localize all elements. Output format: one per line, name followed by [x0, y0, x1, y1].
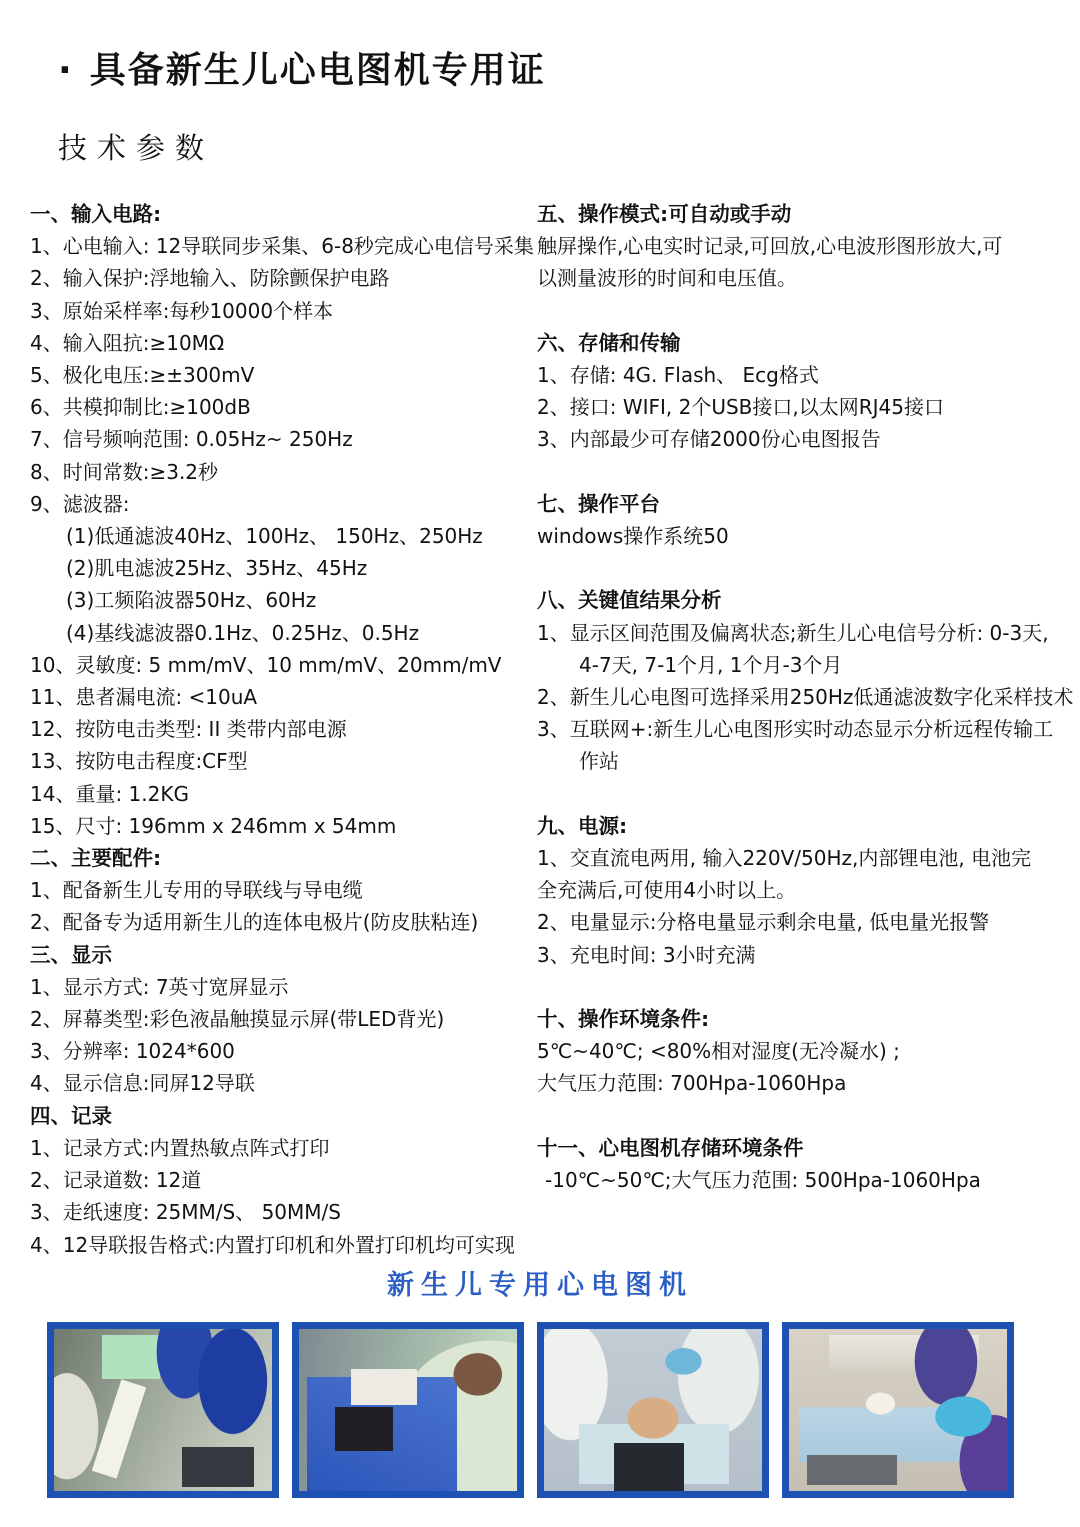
section-heading: 五、操作模式:可自动或手动: [537, 198, 1080, 230]
spacer-line: [537, 552, 1080, 584]
spec-line: (4)基线滤波器0.1Hz、0.25Hz、0.5Hz: [30, 617, 535, 649]
spec-line: 大气压力范围: 700Hpa-1060Hpa: [537, 1067, 1080, 1099]
spec-line: 3、内部最少可存储2000份心电图报告: [537, 423, 1080, 455]
spec-line: 以测量波形的时间和电压值。: [537, 262, 1080, 294]
spec-line: 1、存储: 4G. Flash、 Ecg格式: [537, 359, 1080, 391]
photos-section-title: 新生儿专用心电图机: [0, 1263, 1080, 1302]
spec-line: (1)低通滤波40Hz、100Hz、 150Hz、250Hz: [30, 520, 535, 552]
spec-line: 4、12导联报告格式:内置打印机和外置打印机均可实现: [30, 1229, 535, 1261]
spec-column-left: 一、输入电路:1、心电输入: 12导联同步采集、6-8秒完成心电信号采集2、输入…: [30, 198, 535, 1261]
section-heading: 十一、心电图机存储环境条件: [537, 1132, 1080, 1164]
spec-line: 1、交直流电两用, 输入220V/50Hz,内部锂电池, 电池完: [537, 842, 1080, 874]
spec-line: 2、新生儿心电图可选择采用250Hz低通滤波数字化采样技术: [537, 681, 1080, 713]
spec-column-right: 五、操作模式:可自动或手动触屏操作,心电实时记录,可回放,心电波形图形放大,可以…: [537, 198, 1080, 1196]
spec-line: -10℃~50℃;大气压力范围: 500Hpa-1060Hpa: [537, 1164, 1080, 1196]
spec-line: 4-7天, 7-1个月, 1个月-3个月: [537, 649, 1080, 681]
spec-line: 11、患者漏电流: <10uA: [30, 681, 535, 713]
spec-line: 3、走纸速度: 25MM/S、 50MM/S: [30, 1196, 535, 1228]
section-heading: 二、主要配件:: [30, 842, 535, 874]
photo-clinical-scene-3: [537, 1322, 769, 1498]
section-heading: 三、显示: [30, 939, 535, 971]
section-heading: 六、存储和传输: [537, 327, 1080, 359]
spec-line: 1、记录方式:内置热敏点阵式打印: [30, 1132, 535, 1164]
photo-clinical-scene-2: [292, 1322, 524, 1498]
spec-line: windows操作系统50: [537, 520, 1080, 552]
spacer-line: [537, 1100, 1080, 1132]
section-heading: 七、操作平台: [537, 488, 1080, 520]
spacer-line: [537, 971, 1080, 1003]
spec-line: 5、极化电压:≥±300mV: [30, 359, 535, 391]
spec-line: 2、屏幕类型:彩色液晶触摸显示屏(带LED背光): [30, 1003, 535, 1035]
spec-line: 12、按防电击类型: II 类带内部电源: [30, 713, 535, 745]
title-bullet: ·: [58, 50, 74, 91]
page-subtitle: 技术参数: [58, 126, 214, 167]
spec-line: 7、信号频响范围: 0.05Hz~ 250Hz: [30, 423, 535, 455]
spec-line: 10、灵敏度: 5 mm/mV、10 mm/mV、20mm/mV: [30, 649, 535, 681]
spec-line: 9、滤波器:: [30, 488, 535, 520]
photo-strip: [47, 1322, 1015, 1498]
spec-line: 1、显示区间范围及偏离状态;新生儿心电信号分析: 0-3天,: [537, 617, 1080, 649]
spacer-line: [537, 456, 1080, 488]
spec-line: 14、重量: 1.2KG: [30, 778, 535, 810]
photo-clinical-scene-4: [782, 1322, 1014, 1498]
spec-line: 3、互联网+:新生儿心电图形实时动态显示分析远程传输工: [537, 713, 1080, 745]
spec-line: 2、电量显示:分格电量显示剩余电量, 低电量光报警: [537, 906, 1080, 938]
spec-line: 1、心电输入: 12导联同步采集、6-8秒完成心电信号采集: [30, 230, 535, 262]
section-heading: 四、记录: [30, 1100, 535, 1132]
spec-line: 2、记录道数: 12道: [30, 1164, 535, 1196]
spec-line: (2)肌电滤波25Hz、35Hz、45Hz: [30, 552, 535, 584]
spec-line: 触屏操作,心电实时记录,可回放,心电波形图形放大,可: [537, 230, 1080, 262]
spec-line: 13、按防电击程度:CF型: [30, 745, 535, 777]
spec-line: 3、充电时间: 3小时充满: [537, 939, 1080, 971]
spec-line: 1、显示方式: 7英寸宽屏显示: [30, 971, 535, 1003]
spec-line: 2、接口: WIFI, 2个USB接口,以太网RJ45接口: [537, 391, 1080, 423]
section-heading: 八、关键值结果分析: [537, 584, 1080, 616]
spec-line: 1、配备新生儿专用的导联线与导电缆: [30, 874, 535, 906]
spec-line: 15、尺寸: 196mm x 246mm x 54mm: [30, 810, 535, 842]
spec-line: 4、显示信息:同屏12导联: [30, 1067, 535, 1099]
spec-line: 作站: [537, 745, 1080, 777]
page-title: ·具备新生儿心电图机专用证: [58, 42, 546, 93]
spec-sheet-page: { "header": { "bullet": "·", "title": "具…: [0, 0, 1080, 1527]
section-heading: 九、电源:: [537, 810, 1080, 842]
spec-line: 全充满后,可使用4小时以上。: [537, 874, 1080, 906]
spec-line: 4、输入阻抗:≥10MΩ: [30, 327, 535, 359]
spec-line: 8、时间常数:≥3.2秒: [30, 456, 535, 488]
spec-line: 2、输入保护:浮地输入、防除颤保护电路: [30, 262, 535, 294]
spec-line: 3、分辨率: 1024*600: [30, 1035, 535, 1067]
spec-line: 6、共模抑制比:≥100dB: [30, 391, 535, 423]
spacer-line: [537, 295, 1080, 327]
spec-line: 3、原始采样率:每秒10000个样本: [30, 295, 535, 327]
section-heading: 十、操作环境条件:: [537, 1003, 1080, 1035]
section-heading: 一、输入电路:: [30, 198, 535, 230]
spec-line: (3)工频陷波器50Hz、60Hz: [30, 584, 535, 616]
spec-line: 5℃~40℃; <80%相对湿度(无冷凝水) ;: [537, 1035, 1080, 1067]
spacer-line: [537, 778, 1080, 810]
title-text: 具备新生儿心电图机专用证: [90, 50, 546, 91]
spec-line: 2、配备专为适用新生儿的连体电极片(防皮肤粘连): [30, 906, 535, 938]
photo-clinical-scene-1: [47, 1322, 279, 1498]
